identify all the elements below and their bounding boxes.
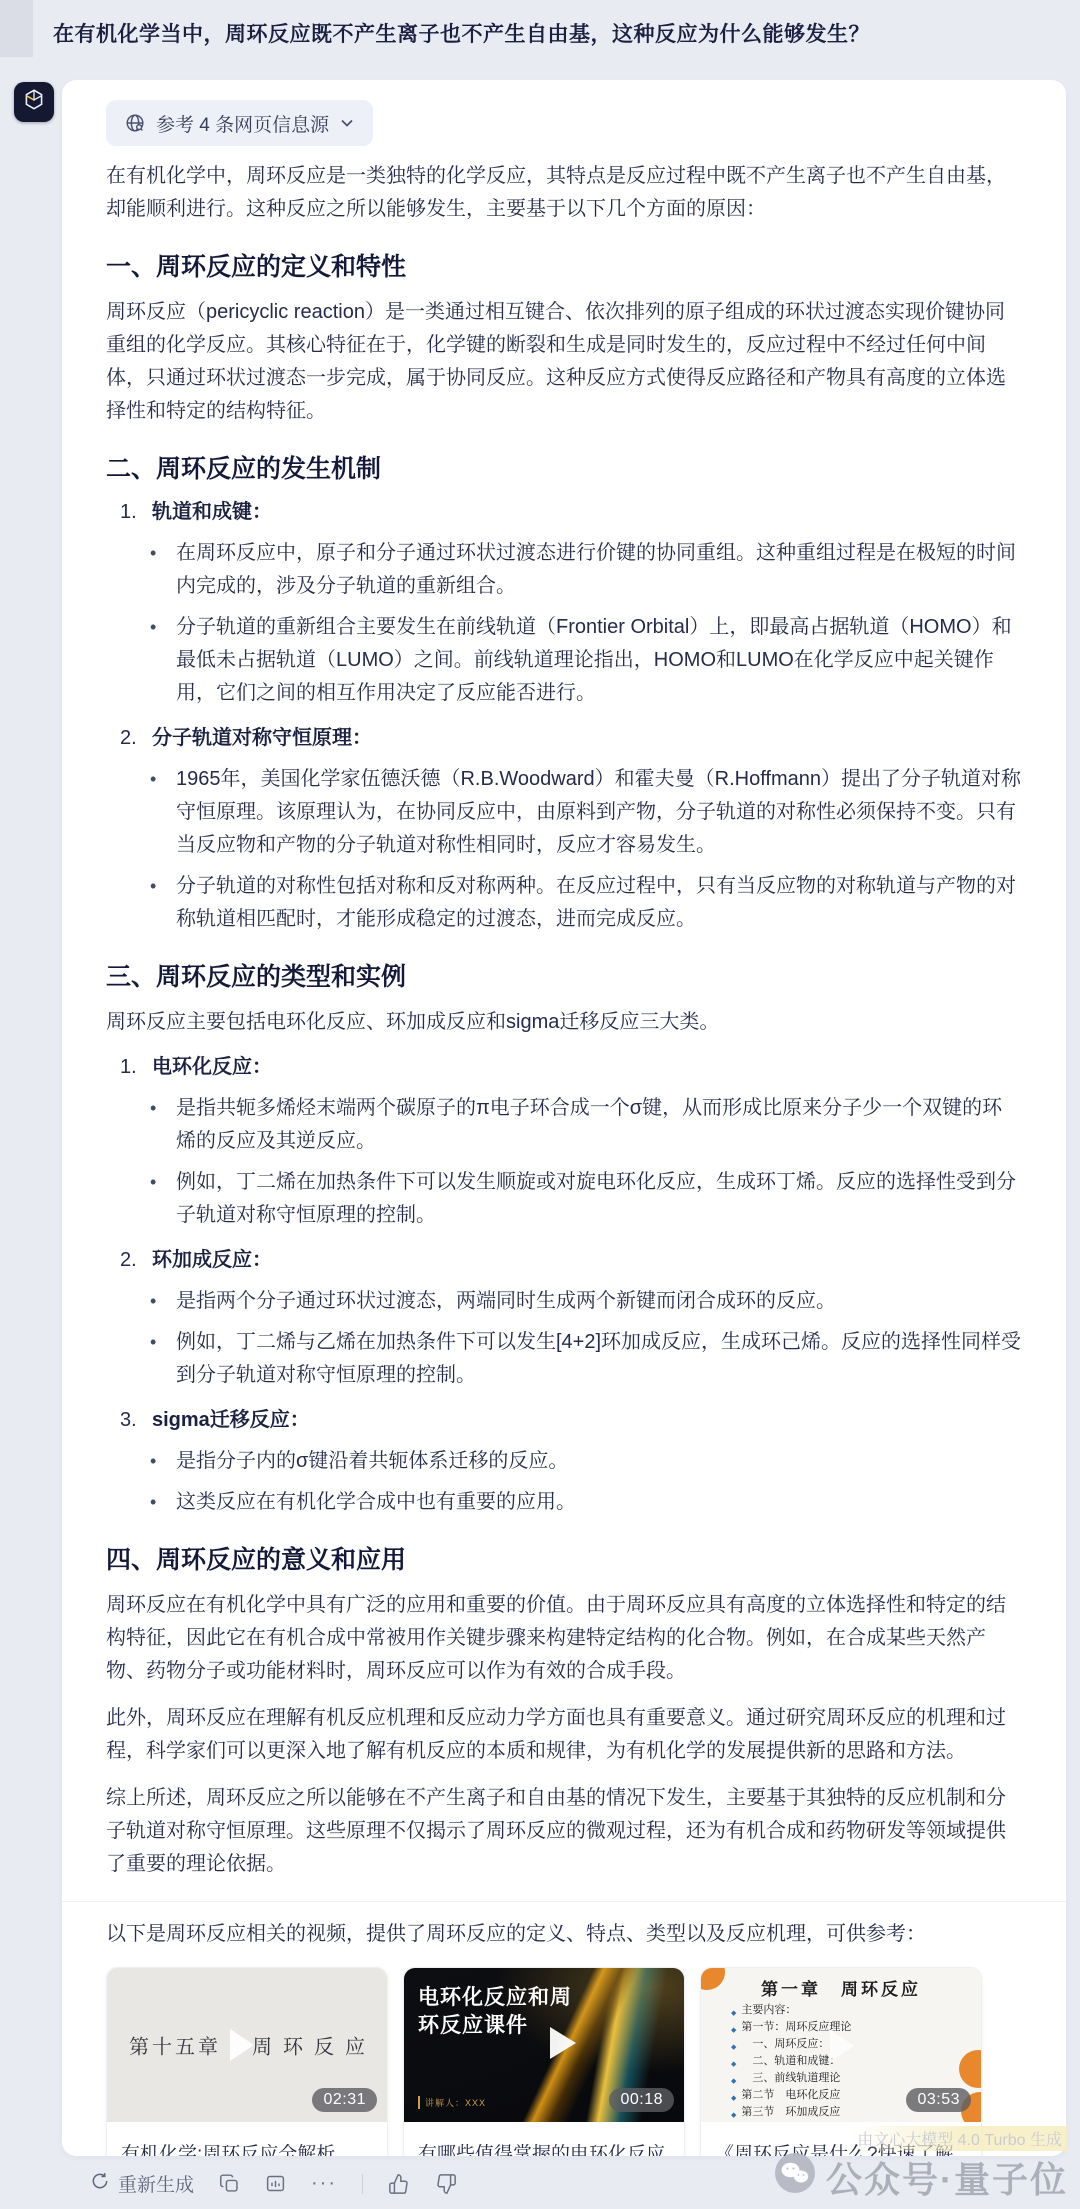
bullet-dot bbox=[150, 1166, 176, 1232]
web-sources-label: 参考 4 条网页信息源 bbox=[156, 110, 329, 137]
play-icon bbox=[550, 2027, 576, 2059]
video-duration-badge: 02:31 bbox=[312, 2088, 377, 2112]
bullet-item: 例如，丁二烯与乙烯在加热条件下可以发生[4+2]环加成反应，生成环己烯。反应的选… bbox=[106, 1326, 1022, 1392]
list-item-title: 电环化反应： bbox=[152, 1051, 272, 1084]
bullet-text: 分子轨道的重新组合主要发生在前线轨道（Frontier Orbital）上，即最… bbox=[176, 611, 1022, 710]
bullet-item: 分子轨道的对称性包括对称和反对称两种。在反应过程中，只有当反应物的对称轨道与产物… bbox=[106, 870, 1022, 936]
chat-page: 在有机化学当中，周环反应既不产生离子也不产生自由基，这种反应为什么能够发生？ bbox=[0, 0, 1080, 2209]
regenerate-label: 重新生成 bbox=[118, 2170, 194, 2197]
section-1-paragraph: 周环反应（pericyclic reaction）是一类通过相互键合、依次排列的… bbox=[106, 296, 1022, 428]
brand-watermark-text: 公众号·量子位 bbox=[826, 2152, 1068, 2203]
bullet-text: 例如，丁二烯在加热条件下可以发生顺旋或对旋电环化反应，生成环丁烯。反应的选择性受… bbox=[176, 1166, 1022, 1232]
user-question: 在有机化学当中，周环反应既不产生离子也不产生自由基，这种反应为什么能够发生？ bbox=[53, 18, 1040, 48]
list-item: 1. 电环化反应： bbox=[120, 1051, 1022, 1084]
bullet-item: 1965年，美国化学家伍德沃德（R.B.Woodward）和霍夫曼（R.Hoff… bbox=[106, 763, 1022, 862]
thumbnail-presenter-label: 讲解人：XXX bbox=[418, 2096, 486, 2109]
thumbnail-slide-title: 第一章 周环反应 bbox=[701, 1975, 981, 2000]
list-item: 2. 环加成反应： bbox=[120, 1244, 1022, 1277]
bullet-text: 这类反应在有机化学合成中也有重要的应用。 bbox=[176, 1486, 1022, 1519]
video-caption: 有哪些值得掌握的电环化反应... bbox=[404, 2122, 684, 2156]
bullet-item: 分子轨道的重新组合主要发生在前线轨道（Frontier Orbital）上，即最… bbox=[106, 611, 1022, 710]
video-thumbnail-1: 第十五章 周 环 反 应 02:31 bbox=[107, 1968, 387, 2122]
toolbar-divider bbox=[362, 2174, 363, 2194]
video-card-2[interactable]: 电环化反应和周环反应课件 讲解人：XXX 00:18 有哪些值得掌握的电环化反应… bbox=[403, 1967, 685, 2156]
list-number: 1. bbox=[120, 496, 152, 529]
list-number: 1. bbox=[120, 1051, 152, 1084]
bullet-text: 1965年，美国化学家伍德沃德（R.B.Woodward）和霍夫曼（R.Hoff… bbox=[176, 763, 1022, 862]
list-item-title: 分子轨道对称守恒原理： bbox=[152, 722, 372, 755]
section-heading-3: 三、周环反应的类型和实例 bbox=[106, 962, 1022, 992]
bullet-text: 在周环反应中，原子和分子通过环状过渡态进行价键的协同重组。这种重组过程是在极短的… bbox=[176, 537, 1022, 603]
answer-intro: 在有机化学中，周环反应是一类独特的化学反应，其特点是反应过程中既不产生离子也不产… bbox=[106, 160, 1022, 226]
refresh-icon bbox=[90, 2171, 110, 2197]
watermark: 由文心大模型 4.0 Turbo 生成 公众号·量子位 bbox=[774, 2126, 1068, 2203]
section-heading-4: 四、周环反应的意义和应用 bbox=[106, 1545, 1022, 1575]
play-icon bbox=[230, 2029, 254, 2061]
video-thumbnail-3: 第一章 周环反应 主要内容： 第一节：周环反应理论 一、周环反应： 二、轨道和成… bbox=[701, 1968, 981, 2122]
bullet-dot bbox=[150, 611, 176, 710]
list-item: 2. 分子轨道对称守恒原理： bbox=[120, 722, 1022, 755]
bullet-text: 例如，丁二烯与乙烯在加热条件下可以发生[4+2]环加成反应，生成环己烯。反应的选… bbox=[176, 1326, 1022, 1392]
bullet-dot bbox=[150, 763, 176, 862]
bullet-item: 是指共轭多烯烃末端两个碳原子的π电子环合成一个σ键，从而形成比原来分子少一个双键… bbox=[106, 1092, 1022, 1158]
list-item: 1. 轨道和成键： bbox=[120, 496, 1022, 529]
video-duration-badge: 03:53 bbox=[906, 2088, 971, 2112]
section-divider bbox=[62, 1901, 1066, 1902]
bullet-dot bbox=[150, 1092, 176, 1158]
bullet-dot bbox=[150, 1486, 176, 1519]
slide-outline-line: 一、周环反应： bbox=[731, 2037, 981, 2054]
video-thumbnail-2: 电环化反应和周环反应课件 讲解人：XXX 00:18 bbox=[404, 1968, 684, 2122]
bullet-text: 是指分子内的σ键沿着共轭体系迁移的反应。 bbox=[176, 1445, 1022, 1478]
video-caption: 有机化学:周环反应全解析 bbox=[107, 2122, 387, 2156]
bullet-dot bbox=[150, 1445, 176, 1478]
slide-outline-line: 主要内容： bbox=[731, 2003, 981, 2020]
play-icon bbox=[830, 2030, 854, 2062]
section-4-paragraph: 此外，周环反应在理解有机反应机理和反应动力学方面也具有重要意义。通过研究周环反应… bbox=[106, 1702, 1022, 1768]
list-item-title: 环加成反应： bbox=[152, 1244, 272, 1277]
bullet-dot bbox=[150, 537, 176, 603]
video-card-1[interactable]: 第十五章 周 环 反 应 02:31 有机化学:周环反应全解析 bbox=[106, 1967, 388, 2156]
generated-by-label: 由文心大模型 4.0 Turbo 生成 bbox=[851, 2126, 1068, 2151]
section-4-paragraph: 周环反应在有机化学中具有广泛的应用和重要的价值。由于周环反应具有高度的立体选择性… bbox=[106, 1589, 1022, 1688]
section-heading-2: 二、周环反应的发生机制 bbox=[106, 454, 1022, 484]
top-left-strip bbox=[0, 0, 33, 57]
assistant-answer-card: 参考 4 条网页信息源 在有机化学中，周环反应是一类独特的化学反应，其特点是反应… bbox=[62, 80, 1066, 2156]
ernie-logo-icon bbox=[21, 87, 47, 118]
export-button[interactable] bbox=[265, 2173, 286, 2194]
list-number: 2. bbox=[120, 1244, 152, 1277]
section-heading-1: 一、周环反应的定义和特性 bbox=[106, 252, 1022, 282]
section-4-paragraph: 综上所述，周环反应之所以能够在不产生离子和自由基的情况下发生，主要基于其独特的反… bbox=[106, 1782, 1022, 1881]
brand-watermark: 公众号·量子位 bbox=[774, 2152, 1068, 2203]
list-item-title: 轨道和成键： bbox=[152, 496, 272, 529]
slide-outline-line: 二、轨道和成键： bbox=[731, 2054, 981, 2071]
globe-search-icon bbox=[124, 112, 146, 134]
more-actions-button[interactable]: ··· bbox=[311, 2172, 337, 2195]
bullet-item: 是指分子内的σ键沿着共轭体系迁移的反应。 bbox=[106, 1445, 1022, 1478]
web-sources-button[interactable]: 参考 4 条网页信息源 bbox=[106, 100, 373, 146]
section-3-lead: 周环反应主要包括电环化反应、环加成反应和sigma迁移反应三大类。 bbox=[106, 1006, 1022, 1039]
thumbs-up-button[interactable] bbox=[388, 2173, 410, 2195]
answer-toolbar: 重新生成 ··· bbox=[90, 2170, 457, 2197]
bullet-text: 是指共轭多烯烃末端两个碳原子的π电子环合成一个σ键，从而形成比原来分子少一个双键… bbox=[176, 1092, 1022, 1158]
assistant-avatar bbox=[14, 82, 54, 122]
thumbs-down-button[interactable] bbox=[435, 2173, 457, 2195]
wechat-icon bbox=[774, 2152, 816, 2203]
bullet-item: 例如，丁二烯在加热条件下可以发生顺旋或对旋电环化反应，生成环丁烯。反应的选择性受… bbox=[106, 1166, 1022, 1232]
bullet-item: 是指两个分子通过环状过渡态，两端同时生成两个新键而闭合成环的反应。 bbox=[106, 1285, 1022, 1318]
bullet-dot bbox=[150, 870, 176, 936]
bullet-text: 分子轨道的对称性包括对称和反对称两种。在反应过程中，只有当反应物的对称轨道与产物… bbox=[176, 870, 1022, 936]
copy-button[interactable] bbox=[219, 2173, 240, 2194]
bullet-text: 是指两个分子通过环状过渡态，两端同时生成两个新键而闭合成环的反应。 bbox=[176, 1285, 1022, 1318]
slide-outline-line: 三、前线轨道理论 bbox=[731, 2071, 981, 2088]
bullet-item: 这类反应在有机化学合成中也有重要的应用。 bbox=[106, 1486, 1022, 1519]
video-duration-badge: 00:18 bbox=[609, 2088, 674, 2112]
bullet-dot bbox=[150, 1285, 176, 1318]
regenerate-button[interactable]: 重新生成 bbox=[90, 2170, 194, 2197]
videos-intro: 以下是周环反应相关的视频，提供了周环反应的定义、特点、类型以及反应机理，可供参考… bbox=[106, 1918, 1022, 1951]
list-item: 3. sigma迁移反应： bbox=[120, 1404, 1022, 1437]
list-number: 2. bbox=[120, 722, 152, 755]
list-item-title: sigma迁移反应： bbox=[152, 1404, 310, 1437]
slide-outline-line: 第一节：周环反应理论 bbox=[731, 2020, 981, 2037]
bullet-dot bbox=[150, 1326, 176, 1392]
chevron-down-icon bbox=[339, 115, 355, 131]
bullet-item: 在周环反应中，原子和分子通过环状过渡态进行价键的协同重组。这种重组过程是在极短的… bbox=[106, 537, 1022, 603]
list-number: 3. bbox=[120, 1404, 152, 1437]
